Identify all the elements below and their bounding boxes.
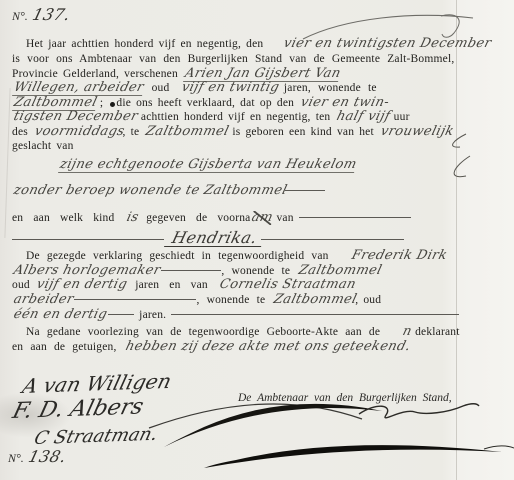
handwritten-date: vier en twintigsten December xyxy=(268,37,493,51)
blank-rule xyxy=(12,239,164,240)
blank-rule xyxy=(299,217,411,218)
handwritten-witness2-name: Cornelis Straatman xyxy=(218,278,357,292)
handwritten-closing: hebben zij deze akte met ons geteekend. xyxy=(124,340,412,354)
act-number-line: N°. 137. xyxy=(12,8,458,23)
printed-text: en aan de getuigen, xyxy=(12,341,124,353)
ink-blot xyxy=(110,102,115,107)
printed-text: , wonende te xyxy=(196,294,272,306)
act-line: Het jaar achttien honderd vijf en negent… xyxy=(12,37,458,51)
printed-text: is geboren een kind van het xyxy=(227,126,379,138)
handwritten-residence: Zaltbommel xyxy=(272,293,358,307)
signature-witness2: C Straatman. xyxy=(32,424,160,449)
handwritten-date: vier en twin- xyxy=(299,96,391,110)
handwritten-time: half vijf xyxy=(335,110,392,124)
act-line: De gezegde verklaring geschiedt in tegen… xyxy=(12,249,458,263)
act-line: Na gedane voorlezing van de tegenwoordig… xyxy=(12,325,458,339)
act-line: arbeider , wonende te Zaltbommel, oud xyxy=(12,293,458,307)
handwritten-residence: Zaltbommel xyxy=(297,264,383,278)
act-line: geslacht van xyxy=(12,139,458,153)
printed-text: uur xyxy=(389,111,410,123)
printed-text: , oud xyxy=(355,294,381,306)
blank-rule xyxy=(261,239,404,240)
signature-witness1: F. D. Albers xyxy=(10,395,146,424)
printed-text: , te xyxy=(123,126,145,138)
printed-text: achttien honderd vijf en negentig, ten xyxy=(136,111,336,123)
act-line: één en dertig jaren. xyxy=(12,308,458,322)
printed-text: Het jaar achttien honderd vijf en negent… xyxy=(26,38,268,50)
handwritten-age: één en dertig xyxy=(12,308,109,322)
handwritten-age: vijf en dertig xyxy=(35,278,129,292)
next-act-number-line: N°. 138. xyxy=(8,450,514,465)
handwritten-daypart: voormiddags xyxy=(33,125,126,139)
blank-rule xyxy=(171,314,459,315)
paper-fold-line xyxy=(4,88,10,238)
act-line: en aan de getuigen, hebben zij deze akte… xyxy=(12,340,458,354)
printed-text: die ons heeft verklaard, dat op den xyxy=(116,97,299,109)
printed-text: , wonende te xyxy=(221,265,297,277)
printed-text: oud xyxy=(142,82,180,94)
printed-text: Na gedane voorlezing van de tegenwoordig… xyxy=(26,326,387,338)
printed-text: deklarant xyxy=(410,326,460,338)
handwritten-witness1-name: Frederik Dirk xyxy=(336,249,449,263)
act-line: Hendrika. xyxy=(12,231,458,247)
no-label: N°. xyxy=(12,9,28,23)
act-line: Albers horlogemaker , wonende te Zaltbom… xyxy=(12,264,458,278)
handwritten-declarant-name: Willegen, arbeider xyxy=(12,81,145,96)
handwritten-mother-name: zijne echtgenoote Gijsberta van Heukelom xyxy=(58,158,358,173)
act-number: 137. xyxy=(31,8,72,22)
act-line: tigsten December achttien honderd vijf e… xyxy=(12,110,458,124)
handwritten-age: vijf en twintig xyxy=(180,81,281,95)
handwritten-correction: am xyxy=(250,211,274,225)
handwritten-insertion: n xyxy=(387,325,413,339)
act-line: oud vijf en dertig jaren en van Cornelis… xyxy=(12,278,458,292)
blank-rule xyxy=(285,190,325,191)
printed-text: gegeven de voorna xyxy=(136,212,250,224)
printed-text: De gezegde verklaring geschiedt in tegen… xyxy=(26,250,336,262)
printed-text: en aan welk kind xyxy=(12,212,125,224)
printed-text: Provincie Gelderland, verschenen xyxy=(12,68,183,80)
handwritten-date: tigsten December xyxy=(12,110,139,124)
handwritten-gender: vrouwelijk xyxy=(379,125,455,139)
blank-rule xyxy=(161,270,221,271)
act-line: zijne echtgenoote Gijsberta van Heukelom xyxy=(58,158,458,173)
handwritten-child-name: Hendrika. xyxy=(164,231,265,247)
printed-text: is voor ons Ambtenaar van den Burgerlijk… xyxy=(12,53,454,65)
next-act-number: 138. xyxy=(27,450,68,464)
printed-text: jaren, wonende te xyxy=(277,82,377,94)
act-line: en aan welk kind is gegeven de voornaam … xyxy=(12,211,458,225)
printed-text: jaren en van xyxy=(125,279,218,291)
handwritten-witness2-details: arbeider xyxy=(12,293,75,307)
act-line: Willegen, arbeider oud vijf en twintig j… xyxy=(12,81,458,96)
blank-rule xyxy=(74,299,196,300)
printed-text: jaren. xyxy=(134,309,171,321)
printed-text: des xyxy=(12,126,33,138)
act-line: zonder beroep wonende te Zaltbommel xyxy=(12,184,458,198)
birth-certificate-scan: N°. 137. Het jaar achttien honderd vijf … xyxy=(0,0,514,480)
handwritten-birthplace: Zaltbommel xyxy=(144,125,230,139)
handwritten-witness1-details: Albers horlogemaker xyxy=(12,264,162,278)
printed-text: van xyxy=(271,212,298,224)
printed-text: oud xyxy=(12,279,35,291)
act-line: des voormiddags, te Zaltbommel is gebore… xyxy=(12,125,458,139)
blank-rule xyxy=(108,314,134,315)
handwritten-mother-details: zonder beroep wonende te Zaltbommel xyxy=(12,184,289,198)
no-label: N°. xyxy=(8,451,24,465)
act-line: is voor ons Ambtenaar van den Burgerlijk… xyxy=(12,52,458,66)
printed-text: geslacht van xyxy=(12,140,74,152)
